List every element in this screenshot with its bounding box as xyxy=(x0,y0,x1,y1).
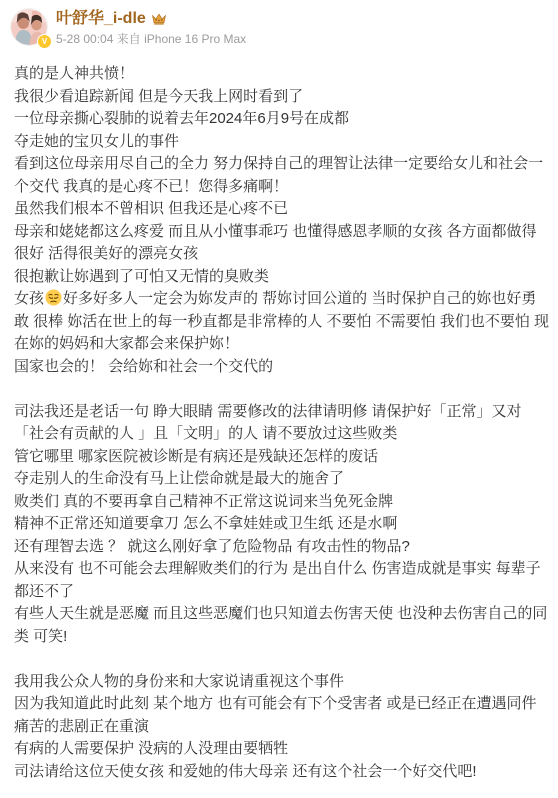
post-line-with-emoji: 女孩 好多好多人一定会为妳发声的 帮妳讨回公道的 当时保护自己的妳也好勇 xyxy=(14,288,544,311)
post-line: 「社会有贡献的人 」且「文明」的人 请不要放过这些败类 xyxy=(14,423,544,446)
post-body: 真的是人神共愤！ 我很少看追踪新闻 但是今天我上网时看到了 一位母亲撕心裂肺的说… xyxy=(0,46,558,783)
post-line: 类 可笑! xyxy=(14,626,544,649)
post-line: 母亲和姥姥都这么疼爱 而且从小懂事乖巧 也懂得感恩孝顺的女孩 各方面都做得 xyxy=(14,221,544,244)
post-line: 真的是人神共愤！ xyxy=(14,63,544,86)
post-line: 很好 活得很美好的漂亮女孩 xyxy=(14,243,544,266)
post-line: 还有理智去选 ？ 就这么刚好拿了危险物品 有攻击性的物品? xyxy=(14,536,544,559)
post-line: 夺走她的宝贝女儿的事件 xyxy=(14,131,544,154)
post-line: 败类们 真的不要再拿自己精神不正常这说词来当免死金牌 xyxy=(14,491,544,514)
post-line: 因为我知道此时此刻 某个地方 也有可能会有下个受害者 或是已经正在遭遇同件 xyxy=(14,693,544,716)
weibo-post-page: V 叶舒华_i-dle 5-28 00:04 来自 iPhone 16 Pro … xyxy=(0,0,558,798)
post-line: 我很少看追踪新闻 但是今天我上网时看到了 xyxy=(14,86,544,109)
source-device-link[interactable]: iPhone 16 Pro Max xyxy=(144,32,246,46)
crown-emoji-icon xyxy=(151,12,167,26)
post-line-suffix: 好多好多人一定会为妳发声的 帮妳讨回公道的 当时保护自己的妳也好勇 xyxy=(63,290,536,307)
post-line-blank xyxy=(14,648,544,671)
post-line: 我用我公众人物的身份来和大家说请重视这个事件 xyxy=(14,671,544,694)
username[interactable]: 叶舒华_i-dle xyxy=(56,10,146,28)
pensive-face-emoji-icon xyxy=(45,289,62,306)
post-line: 很抱歉让妳遇到了可怕又无情的臭败类 xyxy=(14,266,544,289)
post-line: 有病的人需要保护 没病的人没理由要牺牲 xyxy=(14,738,544,761)
post-line: 夺走别人的生命没有马上让偿命就是最大的施舍了 xyxy=(14,468,544,491)
verified-v-badge-icon: V xyxy=(37,34,52,49)
post-line: 虽然我们根本不曾相识 但我还是心疼不已 xyxy=(14,198,544,221)
post-line-blank xyxy=(14,378,544,401)
post-line: 敢 很棒 妳活在世上的每一秒直都是非常棒的人 不要怕 不需要怕 我们也不要怕 现 xyxy=(14,311,544,334)
post-line: 司法请给这位天使女孩 和爱她的伟大母亲 还有这个社会一个好交代吧! xyxy=(14,761,544,784)
post-line: 精神不正常还知道要拿刀 怎么不拿娃娃或卫生纸 还是水啊 xyxy=(14,513,544,536)
avatar[interactable]: V xyxy=(10,8,48,46)
post-line: 看到这位母亲用尽自己的全力 努力保持自己的理智让法律一定要给女儿和社会一 xyxy=(14,153,544,176)
post-line: 个交代 我真的是心疼不已！您得多痛啊！ xyxy=(14,176,544,199)
header-text: 叶舒华_i-dle 5-28 00:04 来自 iPhone 16 Pro Ma… xyxy=(56,8,246,46)
post-meta: 5-28 00:04 来自 iPhone 16 Pro Max xyxy=(56,32,246,46)
post-line: 有些人天生就是恶魔 而且这些恶魔们也只知道去伤害天使 也没种去伤害自己的同 xyxy=(14,603,544,626)
post-line-prefix: 女孩 xyxy=(14,290,44,307)
post-line: 管它哪里 哪家医院被诊断是有病还是残缺还怎样的废话 xyxy=(14,446,544,469)
post-line: 国家也会的！ 会给妳和社会一个交代的 xyxy=(14,356,544,379)
timestamp: 5-28 00:04 xyxy=(56,32,113,46)
source-prefix: 来自 xyxy=(117,32,141,46)
post-line: 从来没有 也不可能会去理解败类们的行为 是出自什么 伤害造成就是事实 每辈子 xyxy=(14,558,544,581)
post-line: 都还不了 xyxy=(14,581,544,604)
post-line: 在妳的妈妈和大家都会来保护妳！ xyxy=(14,333,544,356)
post-line: 一位母亲撕心裂肺的说着去年2024年6月9号在成都 xyxy=(14,108,544,131)
post-line: 痛苦的悲剧正在重演 xyxy=(14,716,544,739)
post-line: 司法我还是老话一句 睁大眼睛 需要修改的法律请明修 请保护好「正常」又对 xyxy=(14,401,544,424)
post-header: V 叶舒华_i-dle 5-28 00:04 来自 iPhone 16 Pro … xyxy=(0,0,558,46)
